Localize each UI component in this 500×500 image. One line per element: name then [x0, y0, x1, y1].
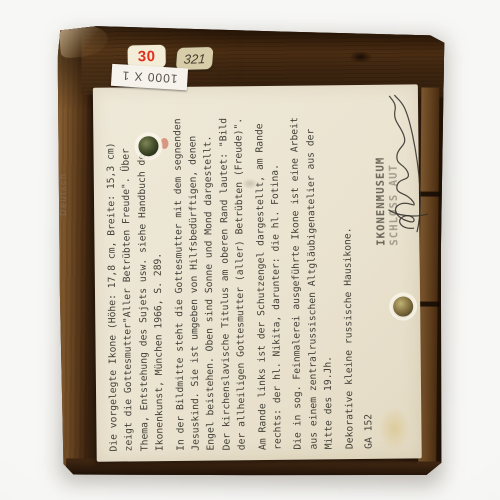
icon-panel-back: 30 321 1000 X 1 Die vorgelegte Ikone (Hö… — [54, 20, 446, 478]
red-paper-fleck — [160, 138, 168, 149]
sticker-inventory-number-text: 321 — [183, 51, 206, 67]
label-line: Mitte des 19.Jh. — [318, 99, 337, 449]
sticker-upside-down-text: 1000 X 1 — [121, 68, 178, 85]
label-line: der allheiligen Gottesmutter (aller) Bet… — [231, 100, 250, 450]
typewritten-label-paper: Die vorgelegte Ikone (Höhe: 17,8 cm, Bre… — [93, 84, 422, 461]
museum-stamp-line1: IKONENMUSEUM — [375, 157, 388, 246]
batten-joint — [418, 301, 440, 306]
sticker-upside-down-label: 1000 X 1 — [111, 64, 188, 91]
signature-ink — [386, 83, 430, 243]
pushpin-upper-left — [138, 136, 158, 156]
pushpin-right — [393, 296, 413, 316]
photo-background: Deutsch 30 321 1000 X 1 Die vorgelegte I… — [0, 0, 500, 500]
smudge-stain — [242, 178, 258, 189]
sticker-lot-number-text: 30 — [138, 48, 156, 65]
label-line: Dekorative kleine russische Hausikone. — [339, 99, 358, 449]
sticker-inventory-number: 321 — [176, 47, 214, 70]
photo-watermark-text: Deutsch — [58, 172, 68, 216]
wood-knot — [346, 49, 376, 65]
label-line: rechts: der hl. Nikita, darunter: die hl… — [267, 100, 286, 450]
yellow-stain — [378, 406, 410, 450]
